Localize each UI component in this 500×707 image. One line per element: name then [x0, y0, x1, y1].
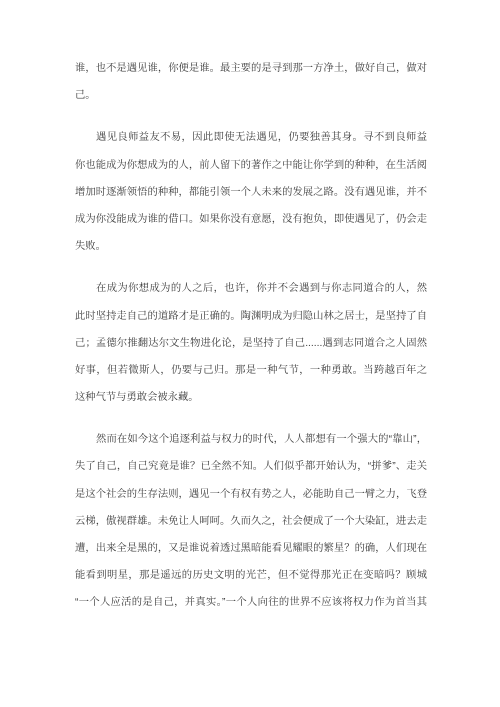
text-line: 好事，但若微斯人，仍要与己归。那是一种气节，一种勇敢。当跨越百年之后，	[75, 357, 427, 384]
paragraph-2: 遇见良师益友不易，因此即使无法遇见，仍要独善其身。寻不到良师益友， 你也能成为你…	[75, 124, 427, 260]
text-line: 在成为你想成为的人之后，也许，你并不会遇到与你志同道合的人，然而，	[75, 275, 427, 302]
text-line: 此时坚持走自己的道路才是正确的。陶渊明成为归隐山林之居士，是坚持了自	[75, 303, 427, 330]
text-line: 增加时逐渐领悟的种种，都能引领一个人未来的发展之路。没有遇见谁，并不能	[75, 179, 427, 206]
text-line: 谁，也不是遇见谁，你便是谁。最主要的是寻到那一方净土，做好自己，做对自	[75, 55, 427, 82]
text-line: 失了自己，自己究竟是谁？已全然不知。人们似乎都开始认为，“拼爹”、走关系	[75, 453, 427, 480]
text-line: “一个人应活的是自己，并真实。”一个人向往的世界不应该将权力作为首当其	[75, 589, 427, 616]
text-line: 能看到明星，那是遥远的历史文明的光芒，但不觉得那光正在变暗吗？顾城说：	[75, 562, 427, 589]
document-page: 谁，也不是遇见谁，你便是谁。最主要的是寻到那一方净土，做好自己，做对自 己。 遇…	[0, 0, 500, 707]
text-line: 你也能成为你想成为的人，前人留下的著作之中能让你学到的种种，在生活阅历	[75, 152, 427, 179]
text-line: 是这个社会的生存法则，遇见一个有权有势之人，必能助自己一臂之力，飞登青	[75, 481, 427, 508]
text-line: 遇见良师益友不易，因此即使无法遇见，仍要独善其身。寻不到良师益友，	[75, 124, 427, 151]
text-line: 失败。	[75, 233, 427, 260]
text-line: 云梯，傲视群雄。未免让人呵呵。久而久之，社会便成了一个大染缸，进去走一	[75, 508, 427, 535]
paragraph-3: 在成为你想成为的人之后，也许，你并不会遇到与你志同道合的人，然而， 此时坚持走自…	[75, 275, 427, 411]
paragraph-1: 谁，也不是遇见谁，你便是谁。最主要的是寻到那一方净土，做好自己，做对自 己。	[75, 55, 427, 109]
text-line: 己。	[75, 82, 427, 109]
paragraph-4: 然而在如今这个追逐利益与权力的时代，人人都想有一个强大的“靠山”，迷 失了自己，…	[75, 426, 427, 616]
text-line: 成为你没能成为谁的借口。如果你没有意愿，没有抱负，即使遇见了，仍会走向	[75, 206, 427, 233]
text-line: 这种气节与勇敢会被永藏。	[75, 384, 427, 411]
essay-text: 谁，也不是遇见谁，你便是谁。最主要的是寻到那一方净土，做好自己，做对自 己。 遇…	[75, 55, 427, 617]
text-line: 己；孟德尔推翻达尔文生物进化论，是坚持了自己......遇到志同道合之人固然是	[75, 330, 427, 357]
text-line: 遭，出来全是黑的，又是谁说着透过黑暗能看见耀眼的繁星？的确，人们现在是	[75, 535, 427, 562]
text-line: 然而在如今这个追逐利益与权力的时代，人人都想有一个强大的“靠山”，迷	[75, 426, 427, 453]
